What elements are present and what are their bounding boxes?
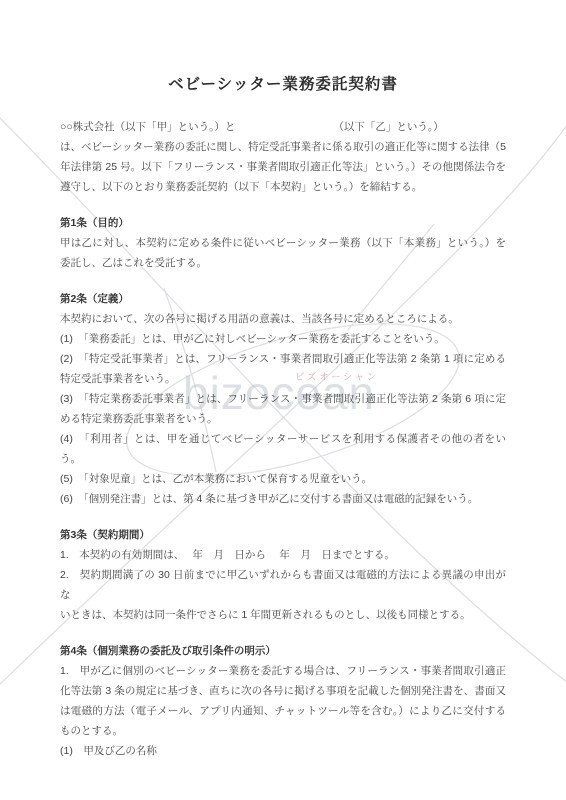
contract-line: (6) 「個別発注書」とは、第 4 条に基づき甲が乙に交付する書面又は電磁的記録… — [60, 489, 506, 509]
contract-line: (1) 甲及び乙の名称 — [60, 741, 506, 761]
contract-line: は電磁的方法（電子メール、アプリ内通知、チャットツール等を含む。）により乙に交付… — [60, 701, 506, 721]
article: 第2条（定義）本契約において、次の各号に掲げる用語の意義は、当該各号に定めるとこ… — [60, 289, 506, 509]
party-a-text: ○○株式会社（以下「甲」という。）と — [60, 121, 235, 133]
article: 第3条（契約期間）1. 本契約の有効期間は、 年 月 日から 年 月 日までとす… — [60, 525, 506, 625]
contract-line: 2. 契約期間満了の 30 日前までに甲乙いずれからも書面又は電磁的方法による異… — [60, 565, 506, 605]
contract-line: (4) 「利用者」とは、甲を通じてベビーシッターサービスを利用する保護者その他の… — [60, 429, 506, 449]
contract-line: 年法律第 25 号。以下「フリーランス・事業者間取引適正化等法」という。）その他… — [60, 157, 506, 177]
contract-line: める特定業務委託事業者をいう。 — [60, 409, 506, 429]
article: 第1条（目的）甲は乙に対し、本契約に定める条件に従いベビーシッター業務（以下「本… — [60, 213, 506, 273]
article-heading: 第3条（契約期間） — [60, 525, 506, 545]
contract-line: 特定受託事業者をいう。 — [60, 369, 506, 389]
contract-line: 遵守し、以下のとおり業務委託契約（以下「本契約」という。）を締結する。 — [60, 177, 506, 197]
contract-line: (2) 「特定受託事業者」とは、フリーランス・事業者間取引適正化等法第 2 条第… — [60, 349, 506, 369]
contract-line: う。 — [60, 449, 506, 469]
party-line: ○○株式会社（以下「甲」という。）と（以下「乙」という。） — [60, 117, 506, 137]
contract-line: 本契約において、次の各号に掲げる用語の意義は、当該各号に定めるところによる。 — [60, 309, 506, 329]
contract-line: 甲は乙に対し、本契約に定める条件に従いベビーシッター業務（以下「本業務」という。… — [60, 233, 506, 253]
contract-line: (3) 「特定業務委託事業者」とは、フリーランス・事業者間取引適正化等法第 2 … — [60, 389, 506, 409]
contract-line: 1. 本契約の有効期間は、 年 月 日から 年 月 日までとする。 — [60, 545, 506, 565]
articles: 第1条（目的）甲は乙に対し、本契約に定める条件に従いベビーシッター業務（以下「本… — [60, 213, 506, 761]
article: 第4条（個別業務の委託及び取引条件の明示）1. 甲が乙に個別のベビーシッター業務… — [60, 641, 506, 761]
party-b-text: （以下「乙」という。） — [333, 121, 443, 133]
preamble: ○○株式会社（以下「甲」という。）と（以下「乙」という。） は、ベビーシッター業… — [60, 117, 506, 197]
contract-line: 1. 甲が乙に個別のベビーシッター業務を委託する場合は、フリーランス・事業者間取… — [60, 661, 506, 681]
contract-line: 委託し、乙はこれを受託する。 — [60, 253, 506, 273]
preamble-lines: は、ベビーシッター業務の委託に関し、特定受託事業者に係る取引の適正化等に関する法… — [60, 137, 506, 197]
contract-line: (1) 「業務委託」とは、甲が乙に対しベビーシッター業務を委託することをいう。 — [60, 329, 506, 349]
contract-line: いときは、本契約は同一条件でさらに 1 年間更新されるものとし、以後も同様とする… — [60, 605, 506, 625]
document-title: ベビーシッター業務委託契約書 — [60, 74, 506, 96]
contract-line: 化等法第 3 条の規定に基づき、直ちに次の各号に掲げる事項を記載した個別発注書を… — [60, 681, 506, 701]
article-heading: 第2条（定義） — [60, 289, 506, 309]
contract-line: ものとする。 — [60, 721, 506, 741]
article-heading: 第4条（個別業務の委託及び取引条件の明示） — [60, 641, 506, 661]
contract-line: (5) 「対象児童」とは、乙が本業務において保育する児童をいう。 — [60, 469, 506, 489]
article-heading: 第1条（目的） — [60, 213, 506, 233]
contract-body: ベビーシッター業務委託契約書 ○○株式会社（以下「甲」という。）と（以下「乙」と… — [60, 74, 506, 761]
contract-document-page: ビズオーシャン bizocean ベビーシッター業務委託契約書 ○○株式会社（以… — [0, 0, 566, 800]
contract-line: は、ベビーシッター業務の委託に関し、特定受託事業者に係る取引の適正化等に関する法… — [60, 137, 506, 157]
